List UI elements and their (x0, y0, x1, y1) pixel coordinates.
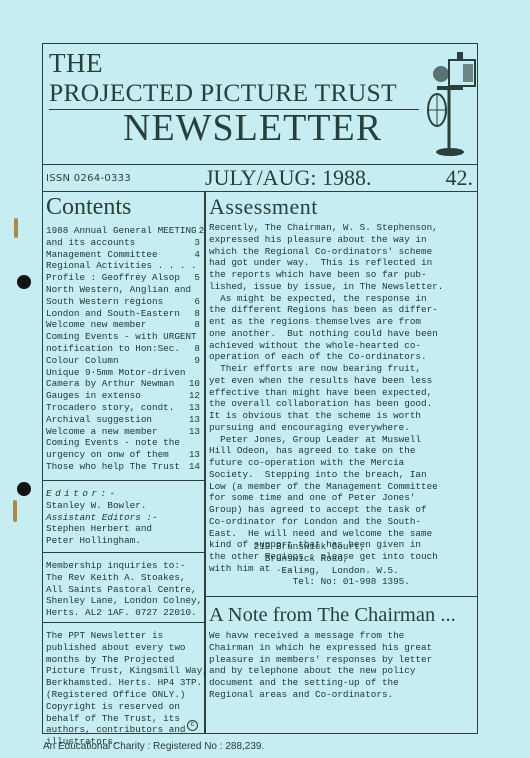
assessment-body: Recently, The Chairman, W. S. Stephenson… (209, 222, 477, 575)
contents-item-label: Unique 9·5mm Motor-driven (46, 367, 185, 379)
contents-item-label: Archival suggestion (46, 414, 152, 426)
contents-item: London and South-Eastern8 (46, 308, 200, 320)
contents-item-label: Trocadero story, condt. (46, 402, 174, 414)
editors-box: Editor:- Stanley W. Bowler. Assistant Ed… (46, 488, 202, 547)
contents-item-page (198, 260, 200, 272)
contents-item-label: Regional Activities . . . . (46, 260, 197, 272)
contents-item: Camera by Arthur Newman10 (46, 378, 200, 390)
membership-box: Membership inquiries to:- The Rev Keith … (46, 560, 202, 619)
contents-item-page: 10 (187, 378, 200, 390)
masthead-newsletter: NEWSLETTER (123, 106, 382, 150)
contents-item-page: 5 (192, 272, 200, 284)
divider (43, 480, 204, 481)
rust-stain (13, 500, 17, 522)
contents-item: North Western, Anglian and (46, 284, 200, 296)
contents-item-page: 8 (192, 308, 200, 320)
contents-item-label: Those who help The Trust (46, 461, 180, 473)
contents-item-page: 9 (192, 355, 200, 367)
issue-date: JULY/AUG: 1988. (205, 165, 371, 191)
right-column: Assessment Recently, The Chairman, W. S.… (206, 192, 477, 733)
contents-item-page: 6 (192, 296, 200, 308)
chairman-note-body: We havw received a message from the Chai… (209, 630, 477, 701)
chairman-note-heading: A Note from The Chairman ... (209, 604, 456, 627)
contents-item-label: Profile : Geoffrey Alsop (46, 272, 180, 284)
contents-item: Those who help The Trust14 (46, 461, 200, 473)
newsletter-page: THE PROJECTED PICTURE TRUST NEWSLETTER I… (42, 43, 478, 734)
contents-list: 1988 Annual General MEETING2and its acco… (46, 225, 200, 473)
editor-name: Stanley W. Bowler. (46, 500, 146, 511)
contents-item: Welcome new member8 (46, 319, 200, 331)
contents-item-page: 4 (192, 249, 200, 261)
contents-item-label: Coming Events - with URGENT (46, 331, 197, 343)
contents-item: Colour Column9 (46, 355, 200, 367)
assessment-address: 219 Brunswick Court, Brunswick Road, Eal… (209, 541, 477, 588)
contents-item: 1988 Annual General MEETING2 (46, 225, 200, 237)
contents-item-page: 8 (192, 343, 200, 355)
contents-item-page: 12 (187, 390, 200, 402)
divider (43, 552, 204, 553)
contents-item-label: urgency on onw of them (46, 449, 169, 461)
contents-item: Profile : Geoffrey Alsop5 (46, 272, 200, 284)
contents-item: Welcome a new member13 (46, 426, 200, 438)
contents-item-label: North Western, Anglian and (46, 284, 191, 296)
contents-item: Archival suggestion13 (46, 414, 200, 426)
divider (206, 596, 477, 597)
contents-item-label: Coming Events - note the (46, 437, 180, 449)
contents-item: notification to Hon:Sec.8 (46, 343, 200, 355)
contents-item-label: notification to Hon:Sec. (46, 343, 180, 355)
contents-item: South Western regions6 (46, 296, 200, 308)
contents-item-label: Welcome a new member (46, 426, 158, 438)
publisher-box: The PPT Newsletter is published about ev… (46, 630, 202, 748)
contents-item-label: Gauges in extenso (46, 390, 141, 402)
issue-number: 42. (446, 165, 474, 191)
punch-hole-top (17, 275, 31, 289)
assessment-heading: Assessment (209, 194, 318, 220)
contents-item: Coming Events - with URGENT (46, 331, 200, 343)
charity-footer: An Educational Charity : Registered No :… (43, 741, 264, 752)
contents-item: Unique 9·5mm Motor-driven (46, 367, 200, 379)
issn-number: ISSN 0264-0333 (46, 173, 131, 184)
contents-item: Coming Events - note the (46, 437, 200, 449)
contents-item-page: 13 (187, 426, 200, 438)
masthead-the: THE (49, 48, 103, 79)
issue-bar: ISSN 0264-0333 JULY/AUG: 1988. 42. (43, 164, 477, 192)
copyright-icon: c (187, 720, 198, 731)
contents-item: Gauges in extenso12 (46, 390, 200, 402)
contents-item: Management Committee4 (46, 249, 200, 261)
contents-item-label: Colour Column (46, 355, 119, 367)
divider (43, 622, 204, 623)
contents-item-label: Management Committee (46, 249, 158, 261)
contents-item-label: 1988 Annual General MEETING (46, 225, 197, 237)
contents-item-page: 2 (197, 225, 205, 237)
left-column: Contents 1988 Annual General MEETING2and… (43, 192, 206, 733)
projector-icon (423, 50, 483, 160)
contents-item-page (198, 331, 200, 343)
contents-item-page (198, 437, 200, 449)
editor-label: Editor:- (46, 488, 119, 499)
contents-item-label: London and South-Eastern (46, 308, 180, 320)
assistant-editors-label: Assistant Editors :- (46, 512, 158, 523)
contents-item-page: 13 (187, 414, 200, 426)
contents-item-page (198, 284, 200, 296)
contents-item-label: Welcome new member (46, 319, 146, 331)
contents-item: Trocadero story, condt.13 (46, 402, 200, 414)
rust-stain (14, 218, 18, 238)
contents-item: and its accounts3 (46, 237, 200, 249)
assistant-editors-names: Stephen Herbert and Peter Hollingham. (46, 523, 152, 546)
punch-hole-bottom (17, 482, 31, 496)
contents-item-page: 3 (192, 237, 200, 249)
contents-item: urgency on onw of them13 (46, 449, 200, 461)
contents-item-label: South Western regions (46, 296, 163, 308)
contents-heading: Contents (46, 194, 131, 221)
contents-item-page (198, 367, 200, 379)
contents-item-page: 14 (187, 461, 200, 473)
masthead: THE PROJECTED PICTURE TRUST NEWSLETTER (43, 44, 477, 165)
contents-item: Regional Activities . . . . (46, 260, 200, 272)
contents-item-page: 13 (187, 402, 200, 414)
contents-item-label: and its accounts (46, 237, 135, 249)
contents-item-page: 8 (192, 319, 200, 331)
contents-item-label: Camera by Arthur Newman (46, 378, 174, 390)
contents-item-page: 13 (187, 449, 200, 461)
